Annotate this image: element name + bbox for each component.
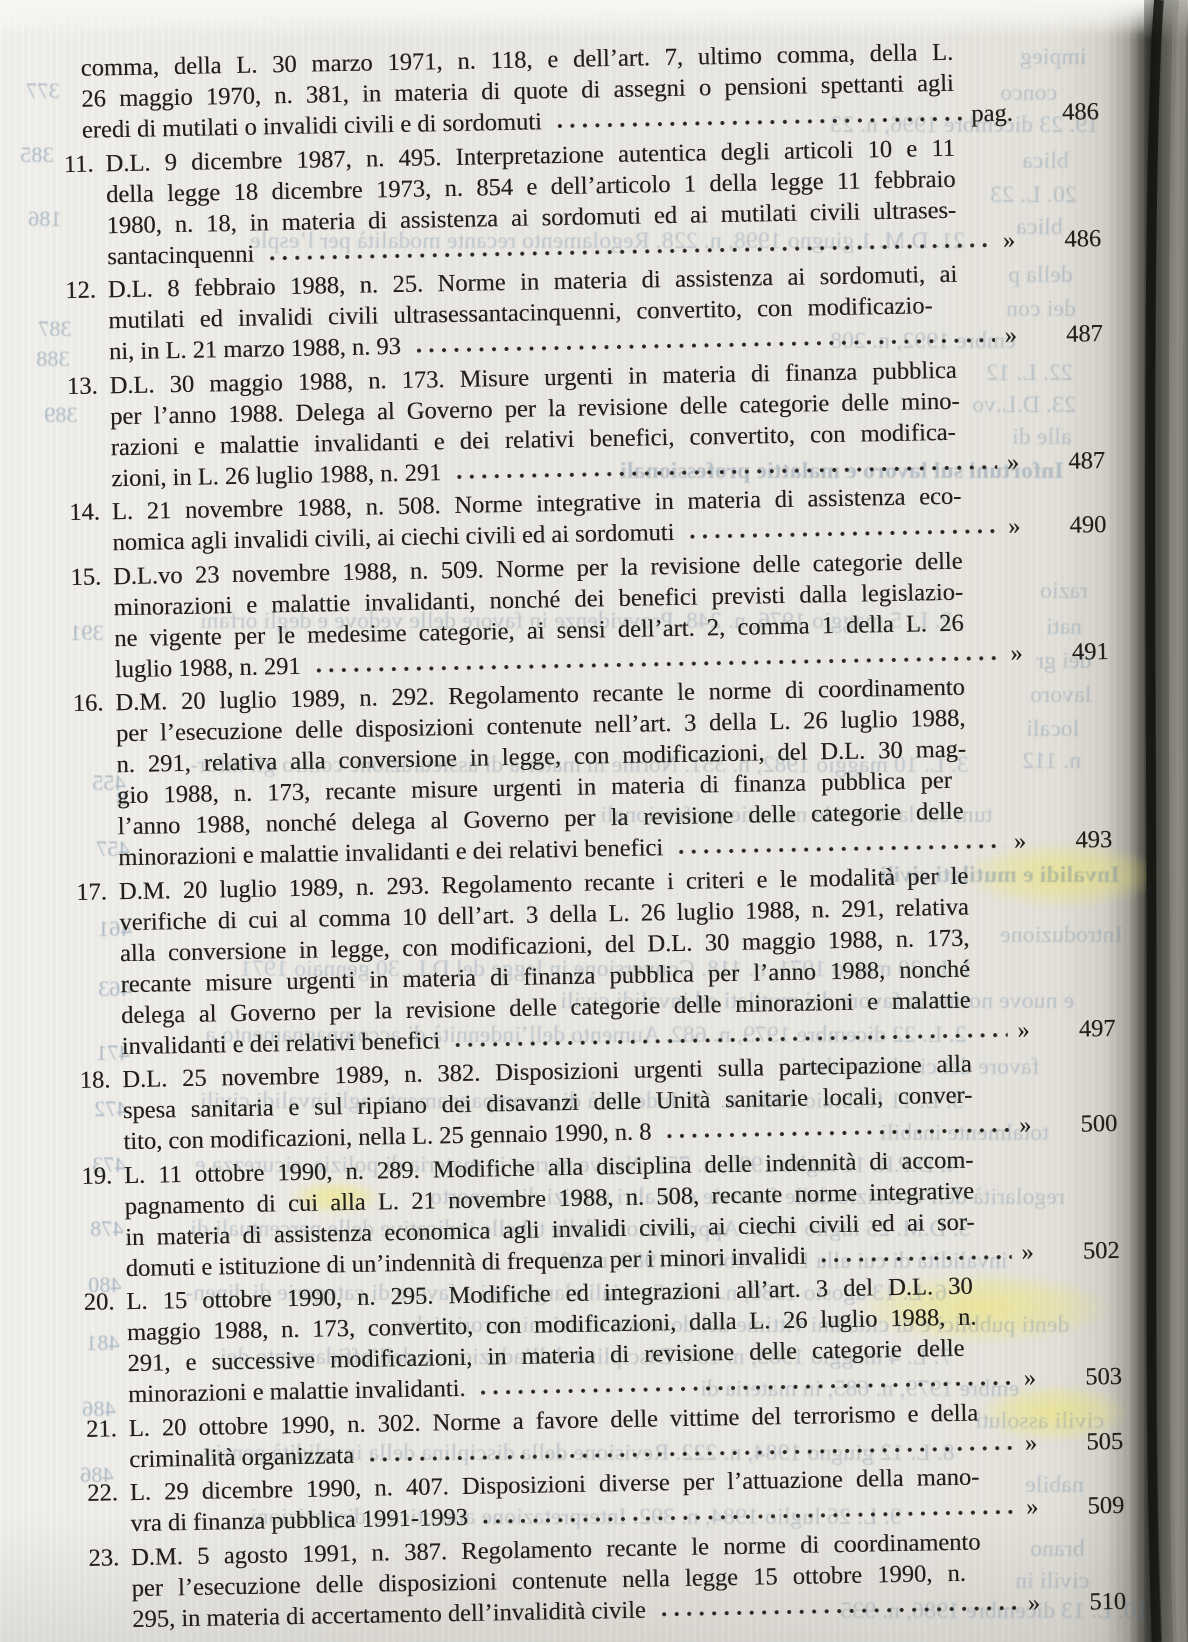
entry-number: 19. bbox=[50, 1160, 113, 1192]
entry-line-text: minorazioni e malattie invalidanti. bbox=[128, 1373, 466, 1410]
page-ref-marker: » bbox=[1025, 1427, 1038, 1458]
page-number: 486 bbox=[1041, 223, 1102, 255]
page-ref-marker: » bbox=[1028, 1587, 1041, 1618]
page-number: 500 bbox=[1057, 1108, 1118, 1140]
toc-entry: 12.D.L. 8 febbraio 1988, n. 25. Norme in… bbox=[0, 256, 1121, 370]
page-number: 487 bbox=[1045, 445, 1106, 477]
page-ref-marker: » bbox=[1023, 1362, 1036, 1393]
page-ref-marker: » bbox=[1021, 1236, 1034, 1267]
toc-entry: 18.D.L. 25 novembre 1989, n. 382. Dispos… bbox=[4, 1046, 1136, 1160]
page-ref-marker: » bbox=[1019, 1110, 1032, 1141]
page-ref-marker: » bbox=[1008, 511, 1021, 542]
entry-number: 11. bbox=[31, 148, 94, 180]
dot-leader bbox=[688, 526, 998, 542]
dot-leader bbox=[482, 1507, 1016, 1527]
entry-number: 20. bbox=[52, 1286, 115, 1318]
entry-number: 15. bbox=[39, 561, 102, 593]
page-ref-marker: » bbox=[1003, 224, 1016, 255]
dot-leader bbox=[660, 1602, 1018, 1619]
page-number: 497 bbox=[1055, 1012, 1116, 1044]
page-number: 510 bbox=[1066, 1585, 1127, 1617]
page-number: 502 bbox=[1059, 1234, 1120, 1266]
toc-entry: 15.D.L.vo 23 novembre 1988, n. 509. Norm… bbox=[0, 542, 1127, 687]
toc-entry: 13.D.L. 30 maggio 1988, n. 173. Misure u… bbox=[0, 351, 1123, 496]
toc-entry: 23.D.M. 5 agosto 1991, n. 387. Regolamen… bbox=[13, 1523, 1145, 1637]
page-number: 503 bbox=[1062, 1361, 1123, 1393]
dot-leader bbox=[479, 1378, 1013, 1398]
dot-leader bbox=[454, 1029, 1007, 1049]
dot-leader bbox=[455, 462, 997, 482]
toc-entry: 19.L. 11 ottobre 1990, n. 289. Modifiche… bbox=[6, 1141, 1138, 1286]
page-number: 490 bbox=[1046, 509, 1107, 541]
entry-line-text: zioni, in L. 26 luglio 1988, n. 291 bbox=[111, 457, 442, 494]
entry-line-text: santacinquenni bbox=[107, 238, 254, 272]
page-number: 509 bbox=[1064, 1490, 1125, 1522]
entry-number: 23. bbox=[57, 1542, 120, 1574]
entry-number: 22. bbox=[56, 1477, 119, 1509]
page-ref-marker: » bbox=[1010, 637, 1023, 668]
page-number: 505 bbox=[1063, 1425, 1124, 1457]
page-ref-marker: » bbox=[1004, 320, 1017, 351]
dot-leader bbox=[315, 652, 1001, 675]
entry-number: 12. bbox=[34, 275, 97, 307]
page-number: 493 bbox=[1052, 824, 1113, 856]
dot-leader bbox=[556, 114, 962, 131]
dot-leader bbox=[677, 841, 1004, 857]
toc-entry: comma, della L. 30 marzo 1971, n. 118, e… bbox=[0, 34, 1117, 148]
entry-line-text: vra di finanza pubblica 1991-1993 bbox=[130, 1502, 468, 1539]
page-ref-marker: » bbox=[1026, 1491, 1039, 1522]
page-number: 486 bbox=[1038, 96, 1099, 128]
toc-entry: 17.D.M. 20 luglio 1989, n. 293. Regolame… bbox=[1, 857, 1134, 1064]
page-number: 491 bbox=[1048, 636, 1109, 668]
toc-entry: 20.L. 15 ottobre 1990, n. 295. Modifiche… bbox=[8, 1268, 1140, 1413]
entry-number: 18. bbox=[48, 1064, 111, 1096]
entry-line-text: luglio 1988, n. 291 bbox=[115, 650, 301, 684]
entry-number: 17. bbox=[45, 876, 108, 908]
entry-line-text: criminalità organizzata bbox=[129, 1439, 354, 1474]
page-ref-marker: pag. bbox=[971, 98, 1013, 130]
dot-leader bbox=[665, 1125, 1009, 1141]
page-number: 487 bbox=[1043, 318, 1104, 350]
entry-number: 16. bbox=[41, 687, 104, 719]
toc-entry: 16.D.M. 20 luglio 1989, n. 292. Regolame… bbox=[0, 669, 1130, 876]
toc-content: comma, della L. 30 marzo 1971, n. 118, e… bbox=[0, 0, 1144, 1639]
toc-list: comma, della L. 30 marzo 1971, n. 118, e… bbox=[0, 34, 1144, 1637]
scanned-page: 3773851863873883893918455457461463471472… bbox=[0, 0, 1188, 1642]
entry-line-text: invalidanti e dei relativi benefici bbox=[121, 1025, 440, 1062]
page-ref-marker: » bbox=[1007, 446, 1020, 477]
entry-number: 21. bbox=[54, 1413, 117, 1445]
dot-leader bbox=[368, 1442, 1015, 1464]
toc-entry: 11.D.L. 9 dicembre 1987, n. 495. Interpr… bbox=[0, 129, 1119, 274]
page-ref-marker: » bbox=[1017, 1014, 1030, 1045]
entry-number: 14. bbox=[38, 496, 101, 528]
entry-line-text: ni, in L. 21 marzo 1988, n. 93 bbox=[109, 331, 401, 367]
dot-leader bbox=[820, 1251, 1012, 1265]
page-ref-marker: » bbox=[1014, 826, 1027, 857]
entry-number: 13. bbox=[35, 370, 98, 402]
dot-leader bbox=[415, 335, 995, 356]
